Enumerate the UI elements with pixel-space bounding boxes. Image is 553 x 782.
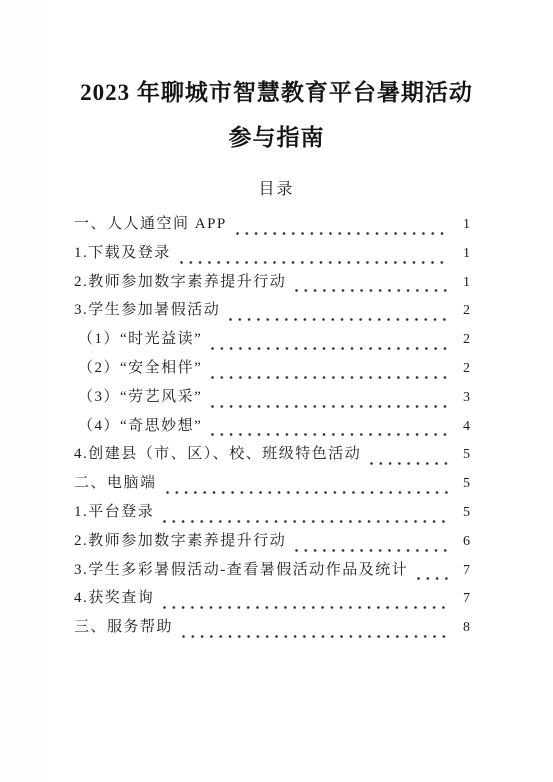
toc-dot-leader	[295, 289, 449, 292]
toc-entry: 4.获奖查询 7	[74, 586, 470, 615]
toc-page-number: 2	[456, 361, 470, 377]
toc-dot-leader	[211, 405, 449, 408]
toc-page-number: 5	[456, 505, 470, 521]
toc-page-number: 1	[456, 217, 470, 233]
toc-entry-label: 2.教师参加数字素养提升行动	[74, 270, 286, 291]
title-line1: 2023 年聊城市智慧教育平台暑期活动	[40, 70, 513, 115]
toc-dot-leader	[166, 491, 449, 494]
toc-entry: 2.教师参加数字素养提升行动 6	[74, 529, 470, 558]
toc-entry: （4）“奇思妙想” 4	[74, 414, 470, 443]
toc-dot-leader	[417, 577, 449, 580]
toc-entry: （3）“劳艺风采” 3	[74, 385, 470, 414]
toc-entry: 3.学生参加暑假活动 2	[74, 298, 470, 327]
toc-entry: 三、服务帮助 8	[74, 615, 470, 644]
toc-page-number: 1	[456, 275, 470, 291]
toc-entry-label: 二、电脑端	[74, 471, 157, 492]
toc-page-number: 5	[456, 447, 470, 463]
toc-entry: 3.学生多彩暑假活动-查看暑假活动作品及统计 7	[74, 558, 470, 587]
toc-entry-label: 3.学生多彩暑假活动-查看暑假活动作品及统计	[74, 558, 408, 579]
toc-page-number: 7	[456, 591, 470, 607]
toc-page-number: 1	[456, 246, 470, 262]
toc-dot-leader	[370, 462, 449, 465]
toc-entry-label: 4.创建县（市、区）、校、班级特色活动	[74, 442, 361, 463]
toc-dot-leader	[182, 635, 449, 638]
toc-list: 一、人人通空间 APP 1 1.下载及登录 1 2.教师参加数字素养提升行动 1…	[74, 212, 470, 644]
toc-entry-label: （4）“奇思妙想”	[78, 414, 202, 435]
toc-heading: 目录	[0, 176, 553, 204]
toc-page-number: 3	[456, 390, 470, 406]
toc-dot-leader	[163, 606, 449, 609]
toc-page-number: 4	[456, 419, 470, 435]
toc-page-number: 5	[456, 476, 470, 492]
toc-entry: 二、电脑端 5	[74, 471, 470, 500]
toc-dot-leader	[211, 347, 449, 350]
toc-entry: 1.下载及登录 1	[74, 241, 470, 270]
toc-entry-label: 4.获奖查询	[74, 586, 154, 607]
toc-entry-label: （3）“劳艺风采”	[78, 385, 202, 406]
toc-entry: 一、人人通空间 APP 1	[74, 212, 470, 241]
toc-dot-leader	[163, 520, 449, 523]
title-line2: 参与指南	[40, 115, 513, 160]
toc-entry-label: 三、服务帮助	[74, 615, 173, 636]
toc-page-number: 7	[456, 563, 470, 579]
toc-dot-leader	[295, 549, 449, 552]
toc-entry-label: 1.平台登录	[74, 500, 154, 521]
toc-dot-leader	[229, 318, 449, 321]
toc-entry: 4.创建县（市、区）、校、班级特色活动 5	[74, 442, 470, 471]
toc-dot-leader	[211, 376, 449, 379]
toc-dot-leader	[211, 433, 449, 436]
toc-page-number: 2	[456, 303, 470, 319]
toc-page-number: 2	[456, 332, 470, 348]
toc-entry-label: 1.下载及登录	[74, 241, 171, 262]
toc-page-number: 6	[456, 534, 470, 550]
toc-entry: （2）“安全相伴” 2	[74, 356, 470, 385]
toc-entry: 2.教师参加数字素养提升行动 1	[74, 270, 470, 299]
toc-entry-label: 一、人人通空间 APP	[74, 212, 227, 233]
toc-entry-label: （1）“时光益读”	[78, 327, 202, 348]
toc-entry-label: 2.教师参加数字素养提升行动	[74, 529, 286, 550]
document-page: 2023 年聊城市智慧教育平台暑期活动 参与指南 目录 一、人人通空间 APP …	[0, 0, 553, 782]
toc-entry: （1）“时光益读” 2	[74, 327, 470, 356]
toc-dot-leader	[180, 261, 449, 264]
toc-entry: 1.平台登录 5	[74, 500, 470, 529]
document-title: 2023 年聊城市智慧教育平台暑期活动 参与指南	[40, 70, 513, 160]
toc-dot-leader	[236, 232, 449, 235]
toc-entry-label: 3.学生参加暑假活动	[74, 298, 220, 319]
toc-entry-label: （2）“安全相伴”	[78, 356, 202, 377]
toc-page-number: 8	[456, 620, 470, 636]
